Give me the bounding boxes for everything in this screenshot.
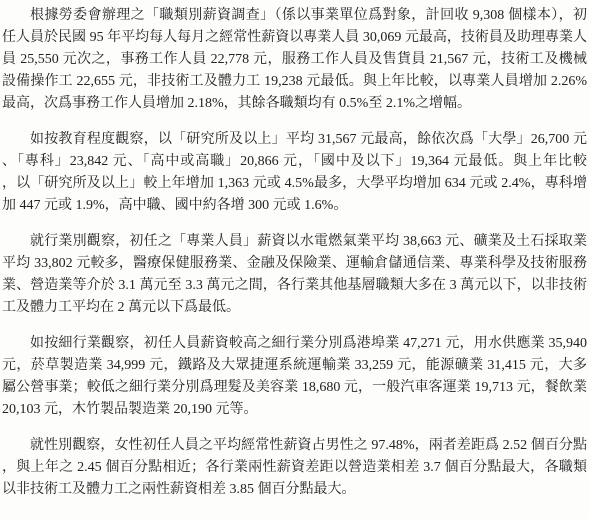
paragraph-1-line-1: 根據勞委會辦理之「職類別薪資調查」（係以事業單位爲對象，計回收 9,308 個樣… bbox=[2, 5, 587, 27]
paragraph-4-line-1: 如按細行業觀察，初任人員薪資較高之細行業分別爲港埠業 47,271 元，用水供應… bbox=[2, 333, 587, 355]
paragraph-4-line-3: 屬公營事業；較低之細行業分別爲理髮及美容業 18,680 元，一般汽車客運業 1… bbox=[2, 377, 587, 399]
paragraph-2-line-2: 、「專科」23,842 元、「高中或高職」20,866 元，「國中及以下」19,… bbox=[2, 151, 587, 173]
paragraph-3-line-1: 就行業別觀察，初任之「專業人員」薪資以水電燃氣業平均 38,663 元、礦業及土… bbox=[2, 231, 587, 253]
paragraph-3-line-4: 工及體力工平均在 2 萬元以下爲最低。 bbox=[2, 297, 587, 319]
paragraph-1-line-4: 設備操作工 22,655 元，非技術工及體力工 19,238 元最低。與上年比較… bbox=[2, 71, 587, 93]
paragraph-3-line-3: 業、營造業等介於 3.1 萬元至 3.3 萬元之間，各行業其他基層職類大多在 3… bbox=[2, 275, 587, 297]
document-body: 根據勞委會辦理之「職類別薪資調查」（係以事業單位爲對象，計回收 9,308 個樣… bbox=[2, 5, 587, 501]
paragraph-3-line-2: 平均 33,802 元較多，醫療保健服務業、金融及保險業、運輸倉儲通信業、專業科… bbox=[2, 253, 587, 275]
paragraph-4-line-2: 元，菸草製造業 34,999 元，鐵路及大眾捷運系統運輸業 33,259 元，能… bbox=[2, 355, 587, 377]
paragraph-2-line-3: ，以「研究所及以上」較上年增加 1,363 元或 4.5%最多，大學平均增加 6… bbox=[2, 173, 587, 195]
paragraph-5: 就性別觀察，女性初任人員之平均經常性薪資占男性之 97.48%，兩者差距爲 2.… bbox=[2, 435, 587, 501]
paragraph-1: 根據勞委會辦理之「職類別薪資調查」（係以事業單位爲對象，計回收 9,308 個樣… bbox=[2, 5, 587, 115]
document-page: 根據勞委會辦理之「職類別薪資調查」（係以事業單位爲對象，計回收 9,308 個樣… bbox=[0, 0, 589, 519]
paragraph-5-line-2: ，與上年之 2.45 個百分點相近；各行業兩性薪資差距以營造業相差 3.7 個百… bbox=[2, 457, 587, 479]
paragraph-1-line-5: 最高，次爲事務工作人員增加 2.18%，其餘各職類均有 0.5%至 2.1%之增… bbox=[2, 93, 587, 115]
paragraph-4: 如按細行業觀察，初任人員薪資較高之細行業分別爲港埠業 47,271 元，用水供應… bbox=[2, 333, 587, 421]
paragraph-1-line-3: 員 25,550 元次之，事務工作人員 22,778 元，服務工作人員及售貨員 … bbox=[2, 49, 587, 71]
paragraph-1-line-2: 任人員於民國 95 年平均每人每月之經常性薪資以專業人員 30,069 元最高，… bbox=[2, 27, 587, 49]
paragraph-3: 就行業別觀察，初任之「專業人員」薪資以水電燃氣業平均 38,663 元、礦業及土… bbox=[2, 231, 587, 319]
paragraph-2: 如按教育程度觀察，以「研究所及以上」平均 31,567 元最高，餘依次爲「大學」… bbox=[2, 129, 587, 217]
paragraph-2-line-4: 加 447 元或 1.9%，高中職、國中約各增 300 元或 1.6%。 bbox=[2, 195, 587, 217]
paragraph-4-line-4: 20,103 元，木竹製品製造業 20,190 元等。 bbox=[2, 399, 587, 421]
paragraph-5-line-3: 以非技術工及體力工之兩性薪資相差 3.85 個百分點最大。 bbox=[2, 479, 587, 501]
paragraph-5-line-1: 就性別觀察，女性初任人員之平均經常性薪資占男性之 97.48%，兩者差距爲 2.… bbox=[2, 435, 587, 457]
paragraph-2-line-1: 如按教育程度觀察，以「研究所及以上」平均 31,567 元最高，餘依次爲「大學」… bbox=[2, 129, 587, 151]
